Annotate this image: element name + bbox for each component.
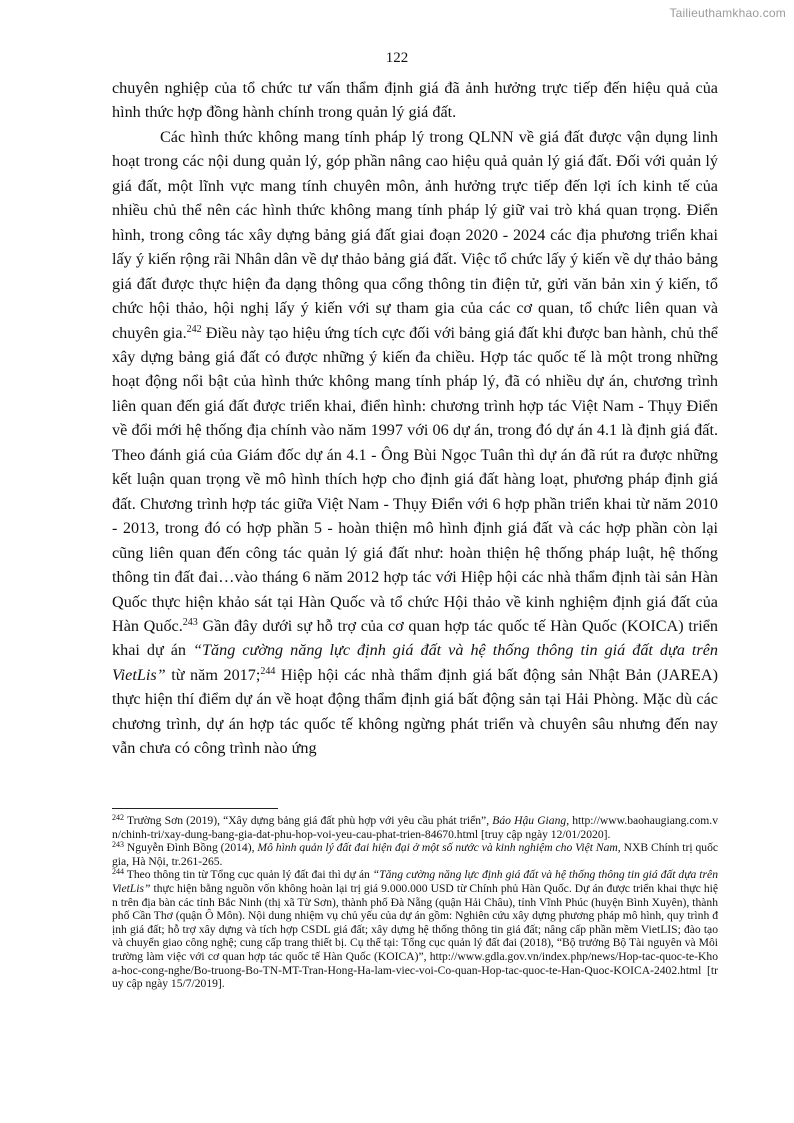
footnote-243: 243 Nguyễn Đình Bồng (2014), Mô hình quả…	[112, 841, 718, 868]
footnote-text: Trường Sơn (2019), “Xây dựng bảng giá đấ…	[124, 814, 492, 827]
footnote-242: 242 Trường Sơn (2019), “Xây dựng bảng gi…	[112, 814, 718, 841]
paragraph-text: Các hình thức không mang tính pháp lý tr…	[112, 128, 718, 342]
footnote-number: 243	[112, 840, 124, 849]
footnote-text: thực hiện bằng nguồn vốn không hoàn lại …	[112, 882, 718, 990]
footnote-ref-242[interactable]: 242	[187, 324, 202, 335]
footnote-source-italic: Báo Hậu Giang	[492, 814, 566, 827]
footnote-source-italic: Mô hình quản lý đất đai hiện đại ở một s…	[257, 841, 617, 854]
paragraph-text: Điều này tạo hiệu ứng tích cực đối với b…	[112, 324, 718, 635]
footnote-number: 242	[112, 813, 124, 822]
body-text: chuyên nghiệp của tổ chức tư vấn thẩm đị…	[112, 76, 718, 761]
footnote-separator	[112, 808, 278, 809]
page-number: 122	[0, 50, 794, 67]
footnote-244: 244 Theo thông tin từ Tổng cục quản lý đ…	[112, 868, 718, 990]
paragraph-main: Các hình thức không mang tính pháp lý tr…	[112, 125, 718, 761]
footnotes: 242 Trường Sơn (2019), “Xây dựng bảng gi…	[112, 814, 718, 991]
watermark: Tailieuthamkhao.com	[669, 6, 786, 20]
paragraph-text: từ năm 2017;	[166, 666, 261, 684]
footnote-text: Nguyễn Đình Bồng (2014),	[124, 841, 257, 854]
footnote-ref-244[interactable]: 244	[260, 666, 275, 677]
footnote-ref-243[interactable]: 243	[183, 617, 198, 628]
paragraph-continuation: chuyên nghiệp của tổ chức tư vấn thẩm đị…	[112, 76, 718, 125]
footnote-number: 244	[112, 867, 124, 876]
footnote-text: Theo thông tin từ Tổng cục quản lý đất đ…	[124, 868, 373, 881]
